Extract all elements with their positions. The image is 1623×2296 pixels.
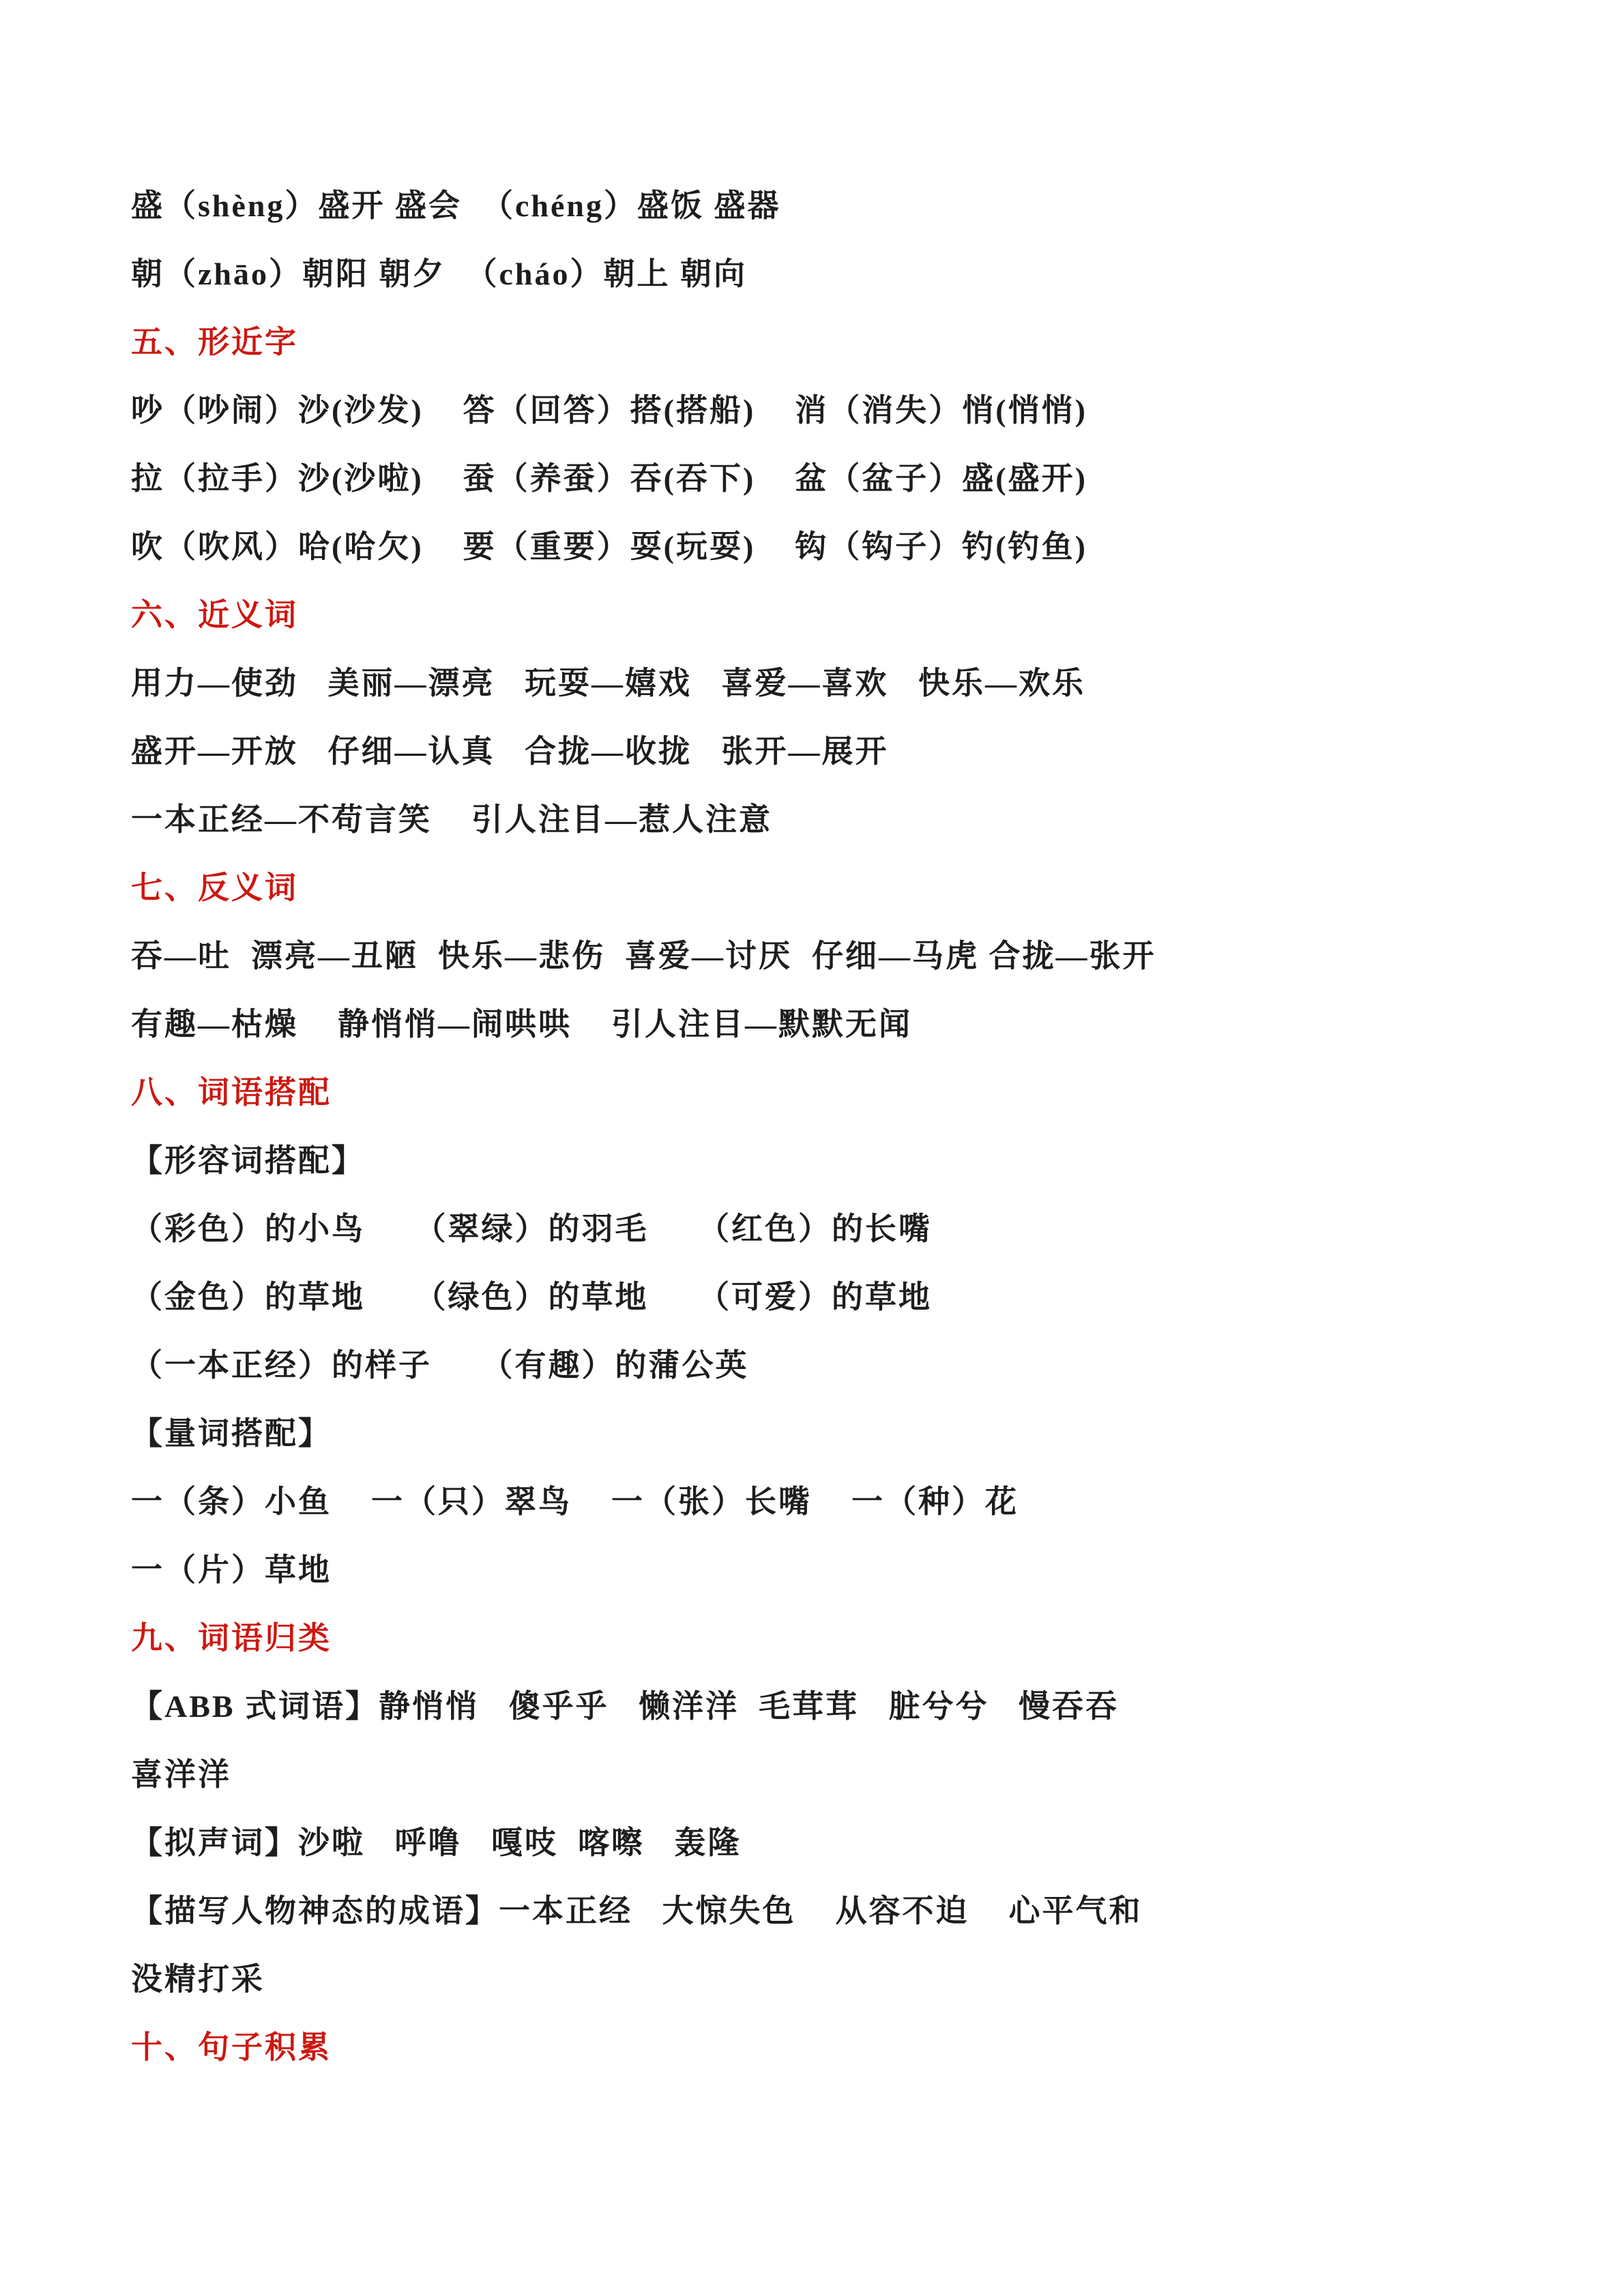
- section-heading: 八、词语搭配: [131, 1059, 1548, 1127]
- doc-line: 【描写人物神态的成语】一本正经 大惊失色 从容不迫 心平气和: [131, 1877, 1548, 1945]
- doc-line: 【量词搭配】: [131, 1400, 1548, 1468]
- section-heading: 五、形近字: [131, 308, 1548, 377]
- document-page: 盛（shèng）盛开 盛会 （chéng）盛饭 盛器朝（zhāo）朝阳 朝夕 （…: [0, 0, 1623, 2296]
- doc-line: 一（条）小鱼 一（只）翠鸟 一（张）长嘴 一（种）花: [131, 1468, 1548, 1536]
- doc-line: 用力—使劲 美丽—漂亮 玩耍—嬉戏 喜爱—喜欢 快乐—欢乐: [131, 649, 1548, 718]
- doc-line: 一本正经—不苟言笑 引人注目—惹人注意: [131, 786, 1548, 854]
- document-body: 盛（shèng）盛开 盛会 （chéng）盛饭 盛器朝（zhāo）朝阳 朝夕 （…: [131, 172, 1548, 2082]
- doc-line: 朝（zhāo）朝阳 朝夕 （cháo）朝上 朝向: [131, 240, 1548, 308]
- doc-line: 【ABB 式词语】静悄悄 傻乎乎 懒洋洋 毛茸茸 脏兮兮 慢吞吞: [131, 1673, 1548, 1741]
- doc-line: 【形容词搭配】: [131, 1127, 1548, 1195]
- doc-line: 【拟声词】沙啦 呼噜 嘎吱 喀嚓 轰隆: [131, 1809, 1548, 1877]
- doc-line: （一本正经）的样子 （有趣）的蒲公英: [131, 1331, 1548, 1400]
- doc-line: 没精打采: [131, 1945, 1548, 2014]
- section-heading: 六、近义词: [131, 581, 1548, 649]
- doc-line: （彩色）的小鸟 （翠绿）的羽毛 （红色）的长嘴: [131, 1195, 1548, 1263]
- doc-line: 吹（吹风）哈(哈欠) 要（重要）耍(玩耍) 钩（钩子）钓(钓鱼): [131, 513, 1548, 581]
- doc-line: 吵（吵闹）沙(沙发) 答（回答）搭(搭船) 消（消失）悄(悄悄): [131, 377, 1548, 445]
- doc-line: （金色）的草地 （绿色）的草地 （可爱）的草地: [131, 1263, 1548, 1331]
- doc-line: 盛（shèng）盛开 盛会 （chéng）盛饭 盛器: [131, 172, 1548, 240]
- doc-line: 吞—吐 漂亮—丑陋 快乐—悲伤 喜爱—讨厌 仔细—马虎 合拢—张开: [131, 922, 1548, 990]
- section-heading: 七、反义词: [131, 854, 1548, 922]
- section-heading: 十、句子积累: [131, 2014, 1548, 2082]
- doc-line: 一（片）草地: [131, 1536, 1548, 1604]
- section-heading: 九、词语归类: [131, 1604, 1548, 1673]
- doc-line: 盛开—开放 仔细—认真 合拢—收拢 张开—展开: [131, 718, 1548, 786]
- doc-line: 有趣—枯燥 静悄悄—闹哄哄 引人注目—默默无闻: [131, 990, 1548, 1059]
- doc-line: 喜洋洋: [131, 1741, 1548, 1809]
- doc-line: 拉（拉手）沙(沙啦) 蚕（养蚕）吞(吞下) 盆（盆子）盛(盛开): [131, 445, 1548, 513]
